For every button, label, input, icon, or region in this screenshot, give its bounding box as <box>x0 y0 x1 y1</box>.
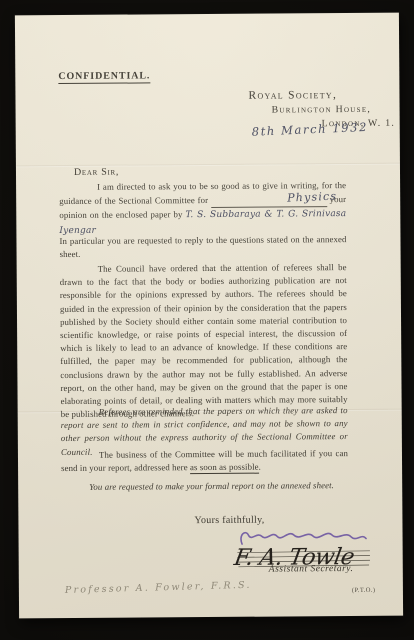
paragraph-formal-report: You are requested to make your formal re… <box>61 479 348 494</box>
paragraph-annexed-sheet: In particular you are requested to reply… <box>59 233 346 261</box>
signature-scribble-icon <box>241 532 366 544</box>
handwritten-committee: Physics <box>249 190 338 207</box>
photo-background: CONFIDENTIAL. Royal Society, Burlington … <box>0 0 414 640</box>
handwritten-date: 8th March 1932 <box>251 120 368 139</box>
letter-page: CONFIDENTIAL. Royal Society, Burlington … <box>15 13 403 619</box>
underlined-as-soon-as-possible: as soon as possible <box>190 462 259 474</box>
send-report-period: . <box>259 462 261 472</box>
fold-crease <box>16 163 400 167</box>
paragraph-request: I am directed to ask you to be so good a… <box>59 179 346 238</box>
salutation: Dear Sir, <box>74 167 119 178</box>
letterhead-society: Royal Society, <box>248 89 337 102</box>
confidential-stamp: CONFIDENTIAL. <box>58 70 150 84</box>
pto-note: (P.T.O.) <box>352 587 376 594</box>
signature-title: Assistant Secretary. <box>269 564 354 575</box>
committee-blank-line: Physics <box>211 192 327 208</box>
paragraph-send-report: The business of the Committee will be mu… <box>61 447 348 475</box>
paragraph-council-guidance: The Council have ordered that the attent… <box>60 261 348 421</box>
letterhead-house: Burlington House, <box>272 104 372 116</box>
handwritten-recipient-note: Professor A. Fowler, F.R.S. <box>65 580 252 596</box>
